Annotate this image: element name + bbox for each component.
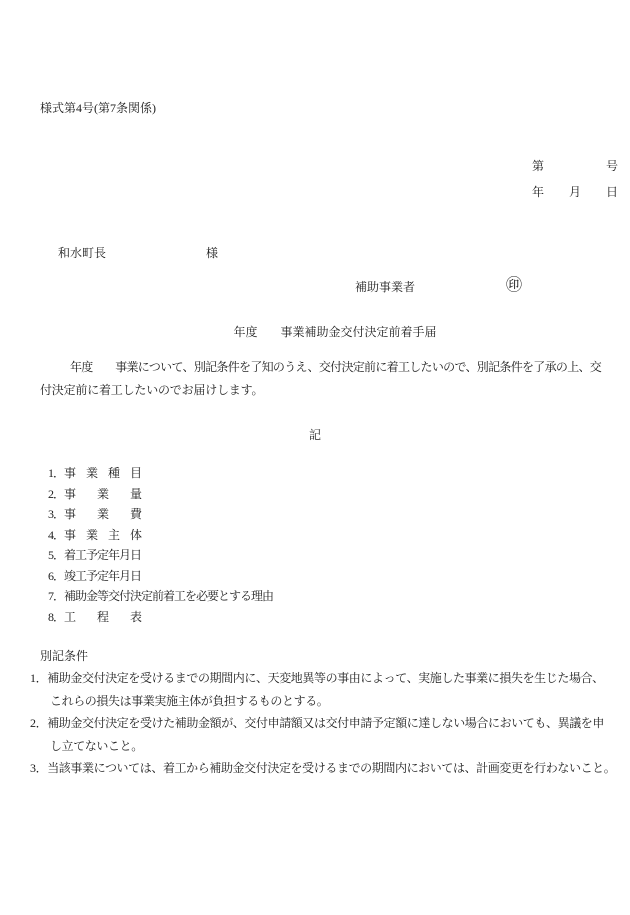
day-label: 日 — [606, 182, 618, 202]
document-page: 様式第4号(第7条関係) 第 号 年 月 日 和水町長 様 補助事業者 ㊞ 年度… — [0, 0, 630, 915]
condition-line: し立てないこと。 — [50, 735, 615, 758]
title-fiscal-year: 年度 — [233, 325, 257, 339]
item-list: 1．事 業 種 目 2．事 業 量 3．事 業 費 4．事 業 主 体 5．着工… — [48, 463, 273, 627]
date-line: 年 月 日 — [532, 182, 618, 202]
list-item: 8．工 程 表 — [48, 607, 273, 628]
body-line: 付決定前に着工したいのでお届けします。 — [40, 379, 601, 402]
record-heading: 記 — [0, 425, 630, 445]
list-item: 1．事 業 種 目 — [48, 463, 273, 484]
condition-line: これらの損失は事業実施主体が負担するものとする。 — [50, 690, 615, 713]
list-item: 2．事 業 量 — [48, 484, 273, 505]
condition-line: 2．補助金交付決定を受けた補助金額が、交付申請額又は交付申請予定額に達しない場合… — [30, 712, 615, 735]
conditions-list: 1．補助金交付決定を受けるまでの期間内に、天変地異等の事由によって、実施した事業… — [30, 667, 615, 780]
conditions-header: 別記条件 — [40, 646, 88, 666]
addressee-line: 和水町長 様 — [58, 243, 218, 263]
condition-line: 3．当該事業については、着工から補助金交付決定を受けるまでの期間内においては、計… — [30, 757, 615, 780]
year-label: 年 — [532, 182, 544, 202]
condition-item: 1．補助金交付決定を受けるまでの期間内に、天変地異等の事由によって、実施した事業… — [30, 667, 615, 712]
document-number-line: 第 号 — [532, 156, 618, 176]
list-item: 7．補助金等交付決定前着工を必要とする理由 — [48, 586, 273, 607]
document-number-suffix: 号 — [606, 156, 618, 176]
condition-item: 3．当該事業については、着工から補助金交付決定を受けるまでの期間内においては、計… — [30, 757, 615, 780]
list-item: 3．事 業 費 — [48, 504, 273, 525]
form-number: 様式第4号(第7条関係) — [40, 98, 156, 118]
list-item: 5．着工予定年月日 — [48, 545, 273, 566]
condition-line: 1．補助金交付決定を受けるまでの期間内に、天変地異等の事由によって、実施した事業… — [30, 667, 615, 690]
month-label: 月 — [569, 182, 581, 202]
body-line: 年度 事業について、別記条件を了知のうえ、交付決定前に着工したいので、別記条件を… — [40, 356, 601, 379]
document-title: 年度 事業補助金交付決定前着手届 — [40, 322, 630, 342]
seal-icon: ㊞ — [506, 276, 522, 296]
addressee-honorific: 様 — [206, 246, 218, 260]
list-item: 6．竣工予定年月日 — [48, 566, 273, 587]
document-number-prefix: 第 — [532, 156, 544, 176]
list-item: 4．事 業 主 体 — [48, 525, 273, 546]
title-main: 事業補助金交付決定前着手届 — [281, 325, 437, 339]
applicant-label: 補助事業者 — [355, 277, 415, 297]
body-paragraph: 年度 事業について、別記条件を了知のうえ、交付決定前に着工したいので、別記条件を… — [40, 356, 601, 402]
addressee-name: 和水町長 — [58, 246, 106, 260]
condition-item: 2．補助金交付決定を受けた補助金額が、交付申請額又は交付申請予定額に達しない場合… — [30, 712, 615, 757]
